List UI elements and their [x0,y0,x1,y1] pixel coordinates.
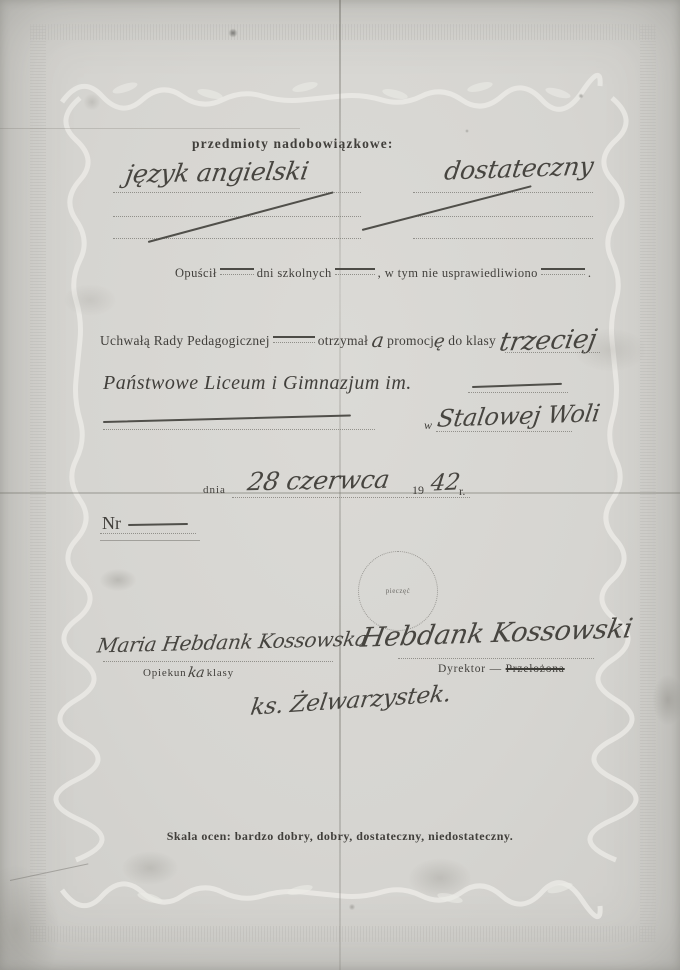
filled-dash [220,268,254,275]
subject-grade-handwriting: dostateczny [443,151,596,185]
director-role-dash: — [490,663,502,675]
date-century-printed: 19 [412,483,424,498]
promotion-case-ending-handwriting: ę [433,331,446,352]
date-day-label: dnia [203,484,226,496]
promotion-line: Uchwałą Rady Pedagogicznejotrzymał a pro… [100,322,596,352]
class-tutor-role-handwritten-suffix: ka [187,665,205,681]
promotion-text-4: do klasy [448,333,496,348]
dotted-line [398,658,594,659]
underline [100,540,200,541]
promotion-text-3: promocj [387,333,434,348]
certificate-scan: przedmioty nadobowiązkowe: język angiels… [0,0,680,970]
date-year-handwriting: 42 [429,469,461,496]
date-handwriting: 28 czerwca [245,465,391,496]
director-role-struck-text: Przełożona [506,663,565,675]
dotted-line [505,352,600,353]
absences-text-2: dni szkolnych [257,266,332,280]
promotion-text-2: otrzymał [318,333,368,348]
dotted-line [113,238,361,239]
number-label: Nr [102,513,121,534]
class-tutor-role-text-1: Opiekun [143,667,186,679]
stamp-circle: pieczęć [358,551,438,631]
dotted-line [232,497,404,498]
dotted-line [103,429,375,430]
filled-dash [335,268,375,275]
filled-dash [541,268,585,275]
dotted-line [100,533,196,534]
dotted-line [103,661,333,662]
dotted-line [413,238,593,239]
dotted-line [468,392,568,393]
dotted-line [436,431,572,432]
promotion-gender-suffix-handwriting: a [370,328,385,352]
stamp-label: pieczęć [386,587,410,595]
dotted-line [413,216,593,217]
optional-subjects-heading: przedmioty nadobowiązkowe: [192,136,393,152]
school-city-handwriting: Stalowej Woli [436,399,602,433]
class-tutor-role: Opiekunkaklasy [143,664,234,680]
subject-name-handwriting: język angielski [123,156,310,188]
dotted-line [406,497,470,498]
filled-dash [273,336,315,343]
promotion-text-1: Uchwałą Rady Pedagogicznej [100,333,270,348]
class-tutor-role-text-2: klasy [207,667,234,679]
absences-line: Opuściłdni szkolnych, w tym nie usprawie… [175,266,591,281]
school-name-printed: Państwowe Liceum i Gimnazjum im. [103,372,412,395]
director-role: Dyrektor — Przełożona [438,663,565,675]
absences-text-3: , w tym nie usprawiedliwiono [378,266,538,280]
absences-text-1: Opuścił [175,266,217,280]
director-role-text: Dyrektor [438,663,486,675]
grading-scale: Skala ocen: bardzo dobry, dobry, dostate… [0,829,680,844]
absences-period: . [588,266,592,280]
school-city-in-word: w [424,418,432,433]
